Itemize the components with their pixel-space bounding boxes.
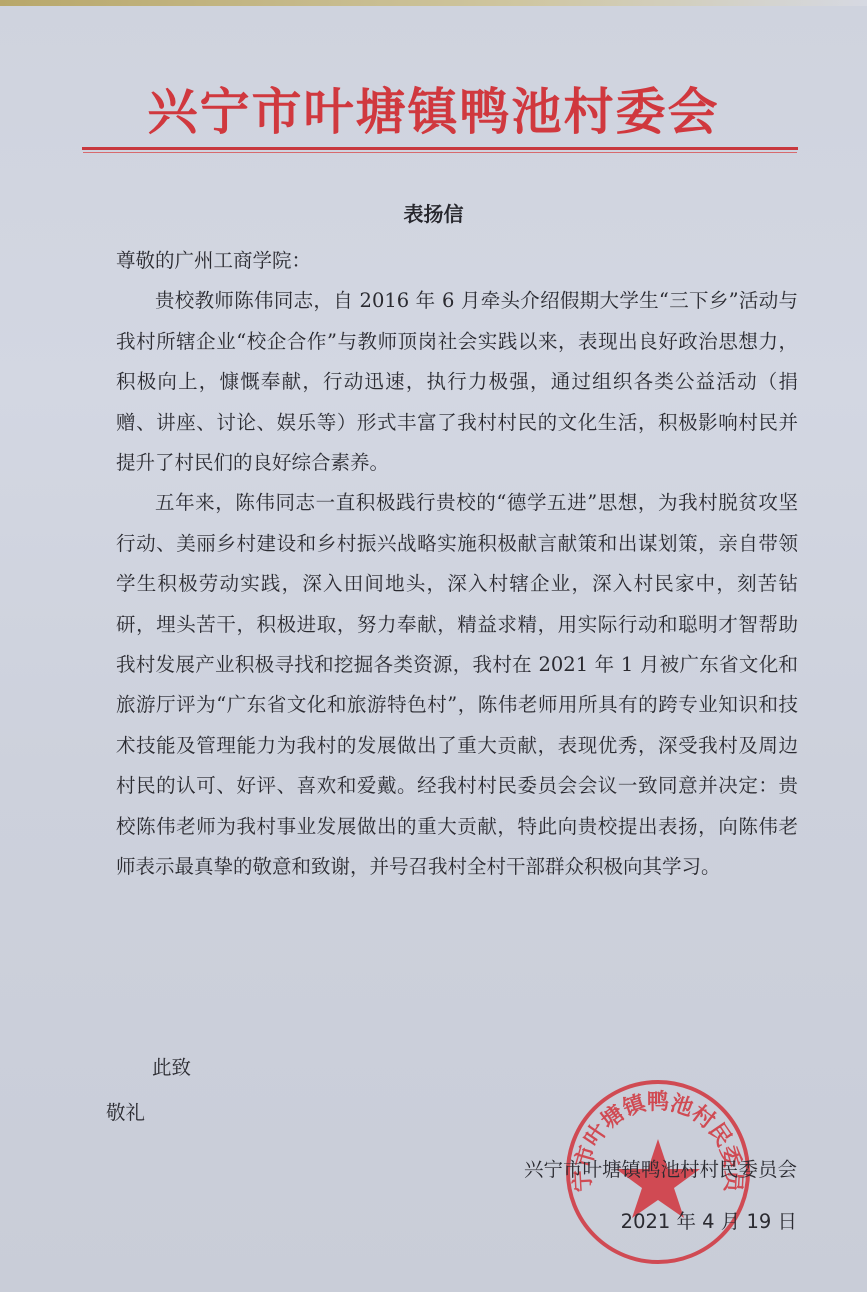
closing-jing-li: 敬礼 <box>106 1097 145 1125</box>
letter-body: 尊敬的广州工商学院： 贵校教师陈伟同志，自 2016 年 6 月牵头介绍假期大学… <box>116 241 798 888</box>
letterhead-title: 兴宁市叶塘镇鸭池村委会 <box>0 72 867 144</box>
closing-ci-zhi: 此致 <box>152 1052 191 1080</box>
signature-organization: 兴宁市叶塘镇鸭池村村民委员会 <box>524 1154 797 1182</box>
signature-date: 2021 年 4 月 19 日 <box>621 1206 797 1234</box>
letterhead-rule <box>82 147 798 150</box>
photo-edge-strip <box>0 0 867 6</box>
paragraph-2: 五年来，陈伟同志一直积极践行贵校的“德学五进”思想，为我村脱贫攻坚行动、美丽乡村… <box>116 483 798 887</box>
letter-title: 表扬信 <box>0 198 867 227</box>
salutation: 尊敬的广州工商学院： <box>116 241 798 281</box>
paragraph-1: 贵校教师陈伟同志，自 2016 年 6 月牵头介绍假期大学生“三下乡”活动与我村… <box>116 281 798 483</box>
